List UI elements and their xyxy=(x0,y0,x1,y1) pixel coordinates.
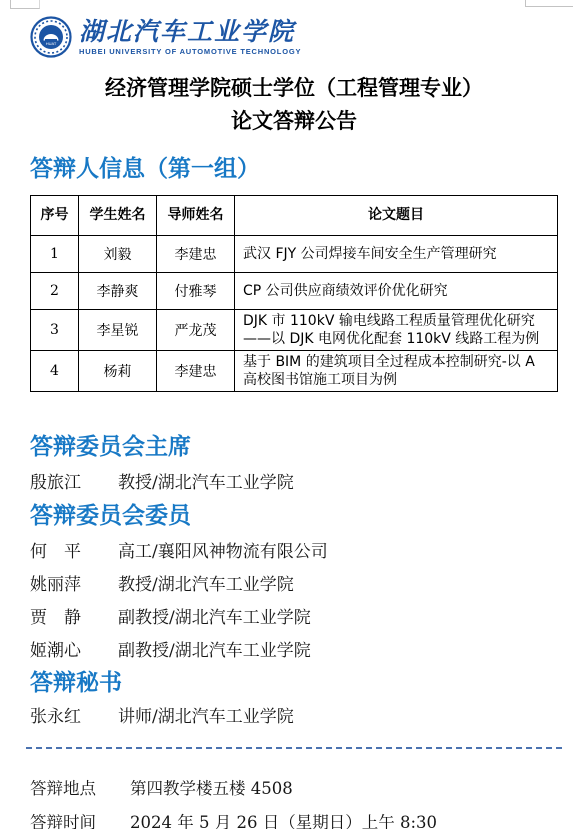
cell-advisor: 付雅琴 xyxy=(157,273,235,310)
member-name: 何 平 xyxy=(30,541,118,563)
cell-no: 2 xyxy=(31,273,79,310)
secretary-section-heading: 答辩秘书 xyxy=(30,669,588,697)
member-name: 贾 静 xyxy=(30,607,118,629)
cell-advisor: 严龙茂 xyxy=(157,310,235,351)
column-header-student: 学生姓名 xyxy=(79,196,157,236)
column-header-no: 序号 xyxy=(31,196,79,236)
member-title: 高工/襄阳风神物流有限公司 xyxy=(118,541,328,563)
announcement-page: HUAT 湖北汽车工业学院 HUBEI UNIVERSITY OF AUTOMO… xyxy=(0,0,588,829)
table-row: 4 杨莉 李建忠 基于 BIM 的建筑项目全过程成本控制研究-以 A 高校图书馆… xyxy=(31,351,558,392)
location-label: 答辩地点 xyxy=(30,778,130,800)
emblem-label-text: HUAT xyxy=(46,41,57,46)
member-title: 讲师/湖北汽车工业学院 xyxy=(118,706,294,728)
document-title-line1: 经济管理学院硕士学位（工程管理专业） xyxy=(0,72,588,105)
column-header-thesis: 论文题目 xyxy=(235,196,558,236)
table-header-row: 序号 学生姓名 导师姓名 论文题目 xyxy=(31,196,558,236)
chair-section-heading: 答辩委员会主席 xyxy=(30,433,588,461)
committee-member-list: 何 平 高工/襄阳风神物流有限公司 姚丽萍 教授/湖北汽车工业学院 贾 静 副教… xyxy=(0,541,588,662)
cell-no: 4 xyxy=(31,351,79,392)
university-name-cn: 湖北汽车工业学院 xyxy=(79,19,301,45)
dashed-divider xyxy=(26,747,562,749)
cell-advisor: 李建忠 xyxy=(157,351,235,392)
defenders-table: 序号 学生姓名 导师姓名 论文题目 1 刘毅 李建忠 武汉 FJY 公司焊接车间… xyxy=(30,195,558,392)
document-title-line2: 论文答辩公告 xyxy=(0,105,588,138)
time-label: 答辩时间 xyxy=(30,812,130,829)
page-corner-mark-left xyxy=(10,0,40,9)
table-row: 3 李星锐 严龙茂 DJK 市 110kV 输电线路工程质量管理优化研究——以 … xyxy=(31,310,558,351)
committee-member: 姬潮心 副教授/湖北汽车工业学院 xyxy=(30,640,588,662)
committee-section-heading: 答辩委员会委员 xyxy=(30,502,588,530)
university-name-en: HUBEI UNIVERSITY OF AUTOMOTIVE TECHNOLOG… xyxy=(79,47,301,56)
member-title: 副教授/湖北汽车工业学院 xyxy=(118,640,311,662)
cell-student: 杨莉 xyxy=(79,351,157,392)
university-emblem-icon: HUAT xyxy=(30,16,72,58)
member-title: 教授/湖北汽车工业学院 xyxy=(118,472,294,494)
cell-no: 1 xyxy=(31,236,79,273)
member-title: 教授/湖北汽车工业学院 xyxy=(118,574,294,596)
table-row: 2 李静爽 付雅琴 CP 公司供应商绩效评价优化研究 xyxy=(31,273,558,310)
defenders-section-heading: 答辩人信息（第一组） xyxy=(30,155,588,183)
time-value: 2024 年 5 月 26 日（星期日）上午 8:30 xyxy=(130,812,437,829)
secretary-member: 张永红 讲师/湖北汽车工业学院 xyxy=(30,706,588,728)
defense-time-line: 答辩时间 2024 年 5 月 26 日（星期日）上午 8:30 xyxy=(30,812,588,829)
location-value: 第四教学楼五楼 4508 xyxy=(130,778,293,800)
cell-student: 李星锐 xyxy=(79,310,157,351)
committee-member: 贾 静 副教授/湖北汽车工业学院 xyxy=(30,607,588,629)
university-logo: HUAT 湖北汽车工业学院 HUBEI UNIVERSITY OF AUTOMO… xyxy=(30,16,588,58)
committee-member: 姚丽萍 教授/湖北汽车工业学院 xyxy=(30,574,588,596)
member-name: 姬潮心 xyxy=(30,640,118,662)
table-row: 1 刘毅 李建忠 武汉 FJY 公司焊接车间安全生产管理研究 xyxy=(31,236,558,273)
member-name: 张永红 xyxy=(30,706,118,728)
cell-no: 3 xyxy=(31,310,79,351)
cell-student: 刘毅 xyxy=(79,236,157,273)
cell-thesis-title: 基于 BIM 的建筑项目全过程成本控制研究-以 A 高校图书馆施工项目为例 xyxy=(235,351,558,392)
cell-student: 李静爽 xyxy=(79,273,157,310)
committee-member: 何 平 高工/襄阳风神物流有限公司 xyxy=(30,541,588,563)
cell-thesis-title: 武汉 FJY 公司焊接车间安全生产管理研究 xyxy=(235,236,558,273)
cell-advisor: 李建忠 xyxy=(157,236,235,273)
page-corner-mark-right xyxy=(525,0,573,7)
member-title: 副教授/湖北汽车工业学院 xyxy=(118,607,311,629)
defense-location-line: 答辩地点 第四教学楼五楼 4508 xyxy=(30,778,588,800)
cell-thesis-title: CP 公司供应商绩效评价优化研究 xyxy=(235,273,558,310)
cell-thesis-title: DJK 市 110kV 输电线路工程质量管理优化研究——以 DJK 电网优化配套… xyxy=(235,310,558,351)
chair-member: 殷旅江 教授/湖北汽车工业学院 xyxy=(30,472,588,494)
column-header-advisor: 导师姓名 xyxy=(157,196,235,236)
member-name: 殷旅江 xyxy=(30,472,118,494)
member-name: 姚丽萍 xyxy=(30,574,118,596)
document-title: 经济管理学院硕士学位（工程管理专业） 论文答辩公告 xyxy=(0,72,588,138)
